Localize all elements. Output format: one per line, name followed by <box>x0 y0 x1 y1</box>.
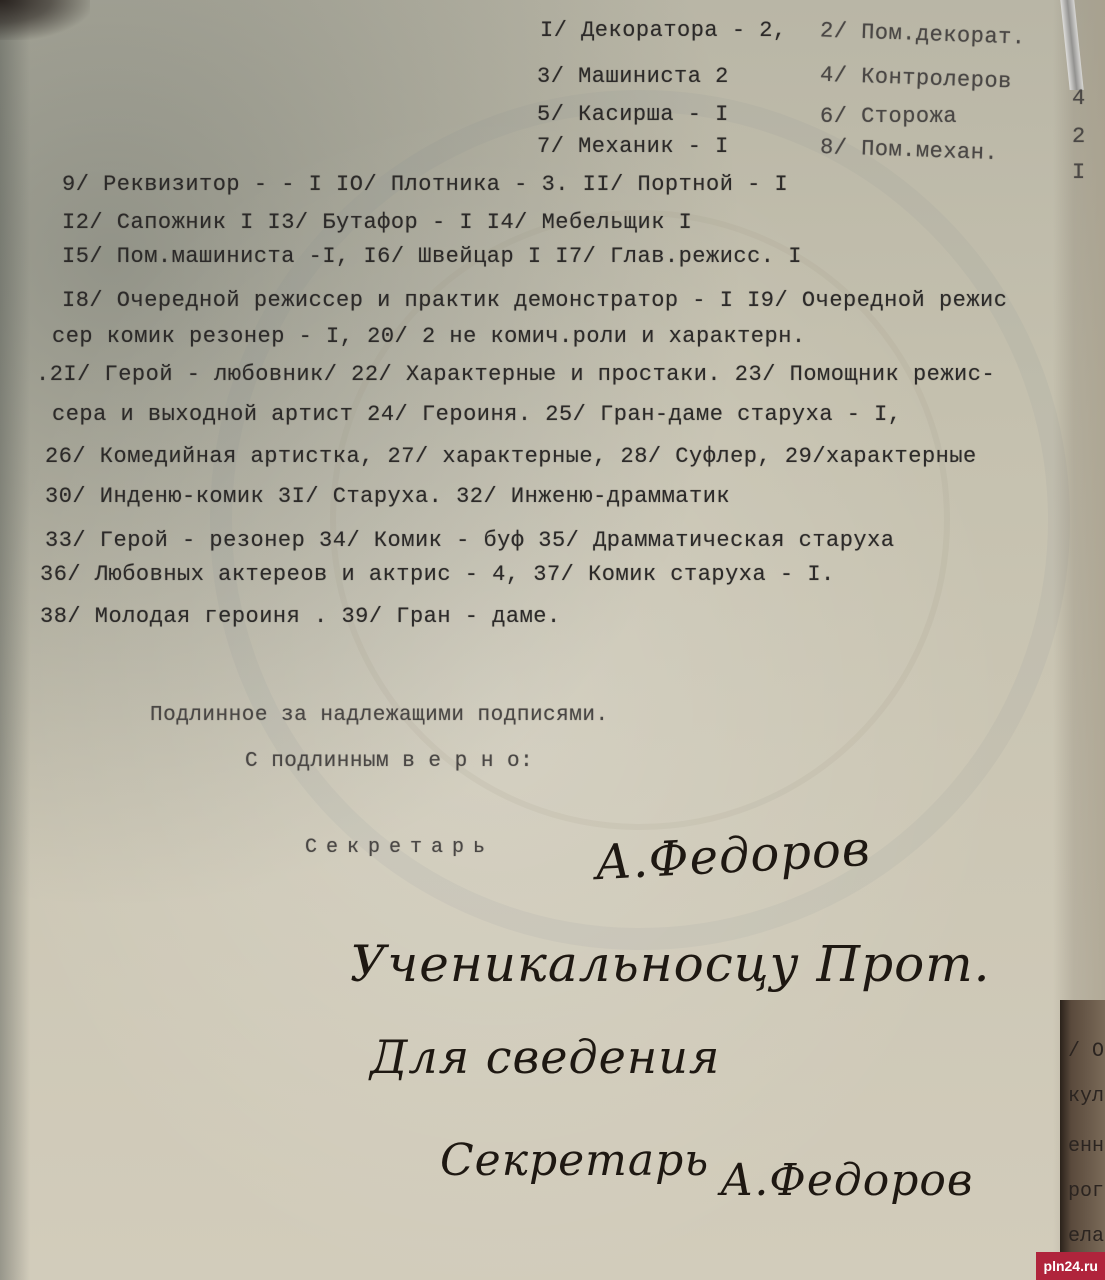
margin-count: I <box>1072 160 1086 185</box>
margin-count: 2 <box>1072 124 1086 149</box>
list-item: 3/ Машиниста 2 <box>537 64 729 89</box>
site-watermark: pln24.ru <box>1036 1252 1105 1280</box>
list-item: I/ Декоратора - 2, <box>540 18 787 43</box>
secretary-label: Секретарь <box>305 836 494 859</box>
list-line: I2/ Сапожник I I3/ Бутафор - I I4/ Мебел… <box>62 210 692 235</box>
handwritten-note-line: Для сведения <box>370 1030 720 1084</box>
list-line: 36/ Любовных актереов и актрис - 4, 37/ … <box>40 562 835 587</box>
certification-line: С подлинным в е р н о: <box>245 750 533 773</box>
list-item: 5/ Касирша - I <box>537 102 729 127</box>
underlying-page-text: / О <box>1068 1040 1105 1063</box>
list-line: I5/ Пом.машиниста -I, I6/ Швейцар I I7/ … <box>62 244 802 269</box>
document-page: I/ Декоратора - 2, 2/ Пом.декорат. 3/ Ма… <box>0 0 1105 1280</box>
list-line: 26/ Комедийная артистка, 27/ характерные… <box>45 444 977 469</box>
handwritten-signature: А.Федоров <box>720 1155 974 1206</box>
list-item: 7/ Механик - I <box>537 134 729 159</box>
page-left-shadow <box>0 0 30 1280</box>
underlying-page-text: ела <box>1068 1225 1105 1248</box>
list-line: 33/ Герой - резонер 34/ Комик - буф 35/ … <box>45 528 895 553</box>
list-item: 4/ Контролеров <box>820 63 1013 95</box>
list-item: 2/ Пом.декорат. <box>820 18 1026 50</box>
list-line: I8/ Очередной режиссер и практик демонст… <box>62 288 1007 313</box>
underlying-page-text: куль <box>1068 1085 1105 1108</box>
list-line: 30/ Инденю-комик 3I/ Старуха. 32/ Инженю… <box>45 484 730 509</box>
underlying-page-text: рогр <box>1068 1180 1105 1203</box>
list-line: 9/ Реквизитор - - I IO/ Плотника - 3. II… <box>62 172 788 197</box>
underlying-page-text: енн <box>1068 1135 1105 1158</box>
margin-count: 4 <box>1072 86 1086 111</box>
page-corner-shadow <box>0 0 90 40</box>
certification-line: Подлинное за надлежащими подписями. <box>150 704 609 727</box>
list-line: .2I/ Герой - любовник/ 22/ Характерные и… <box>36 362 995 387</box>
list-line: 38/ Молодая героиня . 39/ Гран - даме. <box>40 604 561 629</box>
handwritten-note-line: Ученикальносцу Прот. <box>350 935 991 993</box>
list-line: сера и выходной артист 24/ Героиня. 25/ … <box>52 402 902 427</box>
list-item: 6/ Сторожа <box>820 104 957 129</box>
handwritten-note-line: Секретарь <box>440 1135 709 1186</box>
list-line: сер комик резонер - I, 20/ 2 не комич.ро… <box>52 324 806 349</box>
